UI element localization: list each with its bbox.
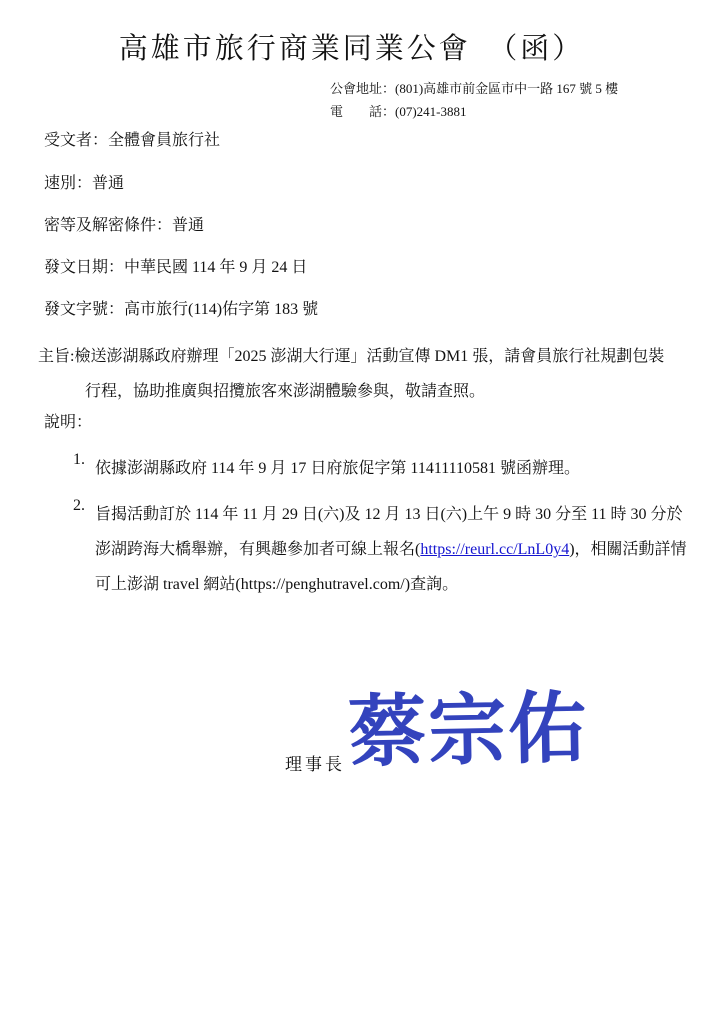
recipient-field: 受文者：全體會員旅行社 [44,127,220,150]
explanation-label: 說明： [44,409,92,432]
issue-date-field: 發文日期：中華民國 114 年 9 月 24 日 [44,254,307,277]
secrecy-field: 密等及解密條件：普通 [44,212,204,235]
speed-field: 速別：普通 [44,170,124,193]
explanation-item2-number: 2. [73,497,85,515]
association-contact-block: 公會地址：(801)高雄市前金區市中一路 167 號 5 樓 電 話：(07)2… [330,77,618,123]
explanation-item2-text: 旨揭活動訂於 114 年 11 月 29 日(六)及 12 月 13 日(六)上… [95,497,692,602]
association-address: 公會地址：(801)高雄市前金區市中一路 167 號 5 樓 [330,77,618,100]
explanation-item2-post-text: )查詢。 [405,576,458,593]
explanation-item1-text: 依據澎湖縣政府 114 年 9 月 17 日府旅促字第 11411110581 … [95,451,692,486]
reurl-link[interactable]: https://reurl.cc/LnL0y4 [420,541,569,558]
signer-title: 理事長 [285,750,345,775]
document-title: 高雄市旅行商業同業公會 （函） [0,26,703,67]
doc-number-field: 發文字號：高市旅行(114)佑字第 183 號 [44,296,318,319]
explanation-item1-number: 1. [73,451,85,469]
official-letter-page: 高雄市旅行商業同業公會 （函） 公會地址：(801)高雄市前金區市中一路 167… [0,0,703,1024]
penghutravel-url-text: https://penghutravel.com/ [241,576,405,593]
chairman-signature: 蔡宗佑 [347,666,589,782]
subject-paragraph: 主旨:檢送澎湖縣政府辦理「2025 澎湖大行運」活動宣傳 DM1 張，請會員旅行… [38,339,672,409]
association-phone: 電 話：(07)241-3881 [330,100,618,123]
